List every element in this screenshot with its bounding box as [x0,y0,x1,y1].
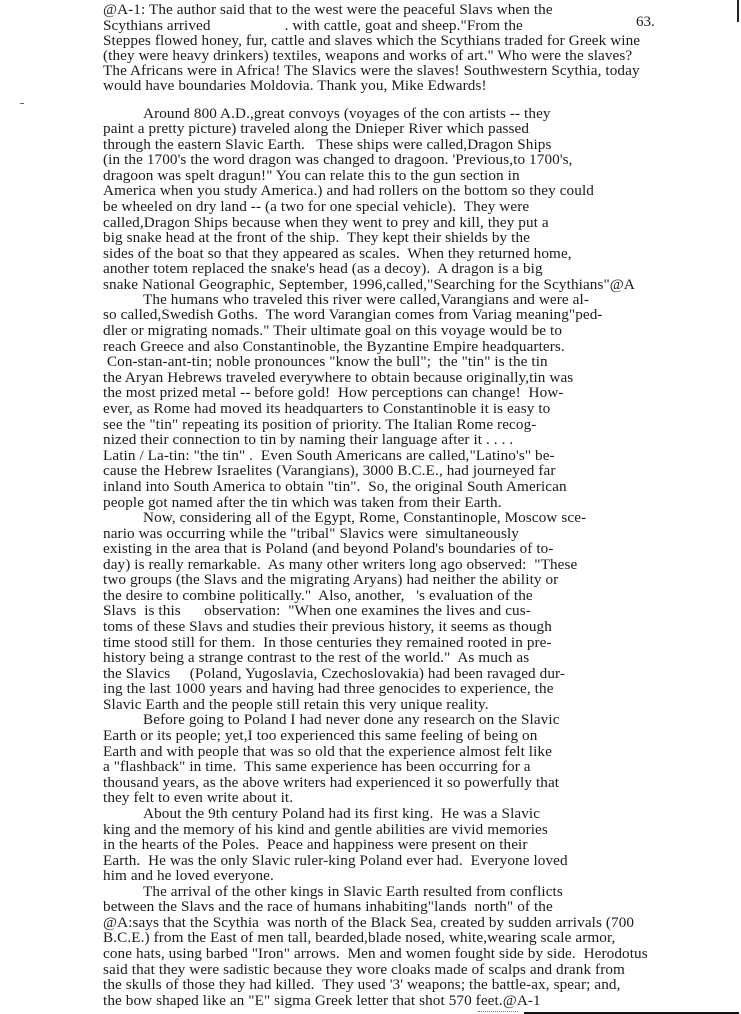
text-line: Con-stan-ant-tin; noble pronounces "know… [103,354,548,370]
text-line: (in the 1700's the word dragon was chang… [103,152,573,168]
text-line: paint a pretty picture) traveled along t… [103,121,529,137]
text-line: dler or migrating nomads." Their ultimat… [103,323,562,339]
text-line: Slavs is this observation: "When one exa… [103,603,531,619]
text-line: Earth or its people; yet,I too experienc… [103,728,537,744]
text-line: him and he loved everyone. [103,868,274,884]
text-line: between the Slavs and the race of humans… [103,899,553,915]
text-line: the skulls of those they had killed. The… [103,977,621,993]
text-line: be wheeled on dry land -- (a two for one… [103,199,529,215]
text-line: B.C.E.) from the East of men tall, beard… [103,930,615,946]
text-line: the most prized metal -- before gold! Ho… [103,385,564,401]
text-line: cone hats, using barbed "Iron" arrows. M… [103,946,648,962]
text-line: so called,Swedish Goths. The word Varang… [103,307,603,323]
margin-speck [20,103,24,104]
document-page: 63. @A-1: The author said that to the we… [0,0,741,1014]
text-line: in the hearts of the Poles. Peace and ha… [103,837,528,853]
text-line: toms of these Slavs and studies their pr… [103,619,552,635]
text-line: ever, as Rome had moved its headquarters… [103,401,550,417]
text-line: America when you study America.) and had… [103,183,594,199]
text-line: would have boundaries Moldovia. Thank yo… [103,78,487,94]
text-line: Before going to Poland I had never done … [143,712,560,728]
text-line: the bow shaped like an "E" sigma Greek l… [103,993,541,1009]
text-line: history being a strange contrast to the … [103,650,529,666]
text-line: two groups (the Slavs and the migrating … [103,572,558,588]
text-line: a "flashback" in time. This same experie… [103,759,531,775]
text-line: they felt to even write about it. [103,790,293,806]
text-line: @A-1: The author said that to the west w… [103,2,553,18]
text-line: About the 9th century Poland had its fir… [143,806,540,822]
text-line: existing in the area that is Poland (and… [103,541,553,557]
text-line: inland into South America to obtain "tin… [103,479,567,495]
text-line: another totem replaced the snake's head … [103,261,543,277]
text-line: nized their connection to tin by naming … [103,432,513,448]
page-number: 63. [636,14,655,31]
text-line: cause the Hebrew Israelites (Varangians)… [103,463,556,479]
text-line: ing the last 1000 years and having had t… [103,681,554,697]
text-line: big snake head at the front of the ship.… [103,230,530,246]
margin-mark [737,0,739,22]
text-line: Now, considering all of the Egypt, Rome,… [143,510,586,526]
